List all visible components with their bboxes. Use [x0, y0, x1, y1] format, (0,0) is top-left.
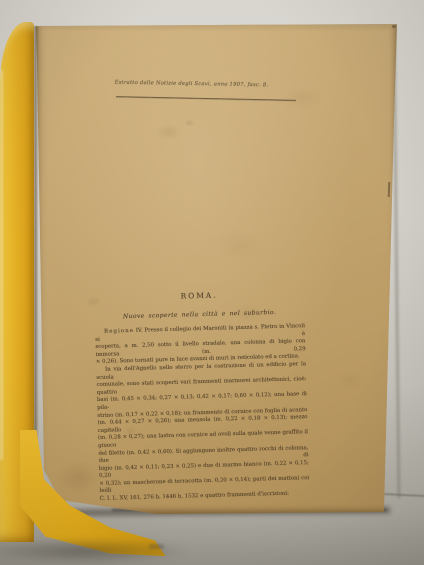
- body-text: Regione IV. Presso il collegio dei Maron…: [95, 323, 310, 503]
- stain: [212, 229, 266, 261]
- cover-bottom-shadow: [0, 538, 190, 564]
- stain: [156, 124, 182, 140]
- spaced-lead: Regione: [104, 328, 134, 335]
- cover-edge-highlight: [0, 70, 3, 460]
- stain: [56, 460, 102, 494]
- text-block: ROMA. Nuove scoperte nella città e nel s…: [94, 288, 310, 503]
- page-corner-mark: [392, 25, 396, 28]
- header-rule: [116, 96, 296, 101]
- floor-seam-line: [381, 493, 424, 497]
- page-subtitle: Nuove scoperte nella città e nel suburbi…: [95, 308, 305, 321]
- stain: [282, 86, 324, 110]
- photographer-mark: [149, 544, 164, 549]
- stain: [336, 372, 364, 389]
- page-title: ROMA.: [94, 288, 304, 303]
- page-edge-notch: [388, 182, 390, 197]
- book-page: Estratto dalle Notizie degli Scavi, anno…: [36, 24, 398, 514]
- header-caption: Estratto dalle Notizie degli Scavi, anno…: [104, 79, 279, 88]
- photo-backdrop: Estratto dalle Notizie degli Scavi, anno…: [0, 0, 424, 565]
- stain: [184, 119, 195, 127]
